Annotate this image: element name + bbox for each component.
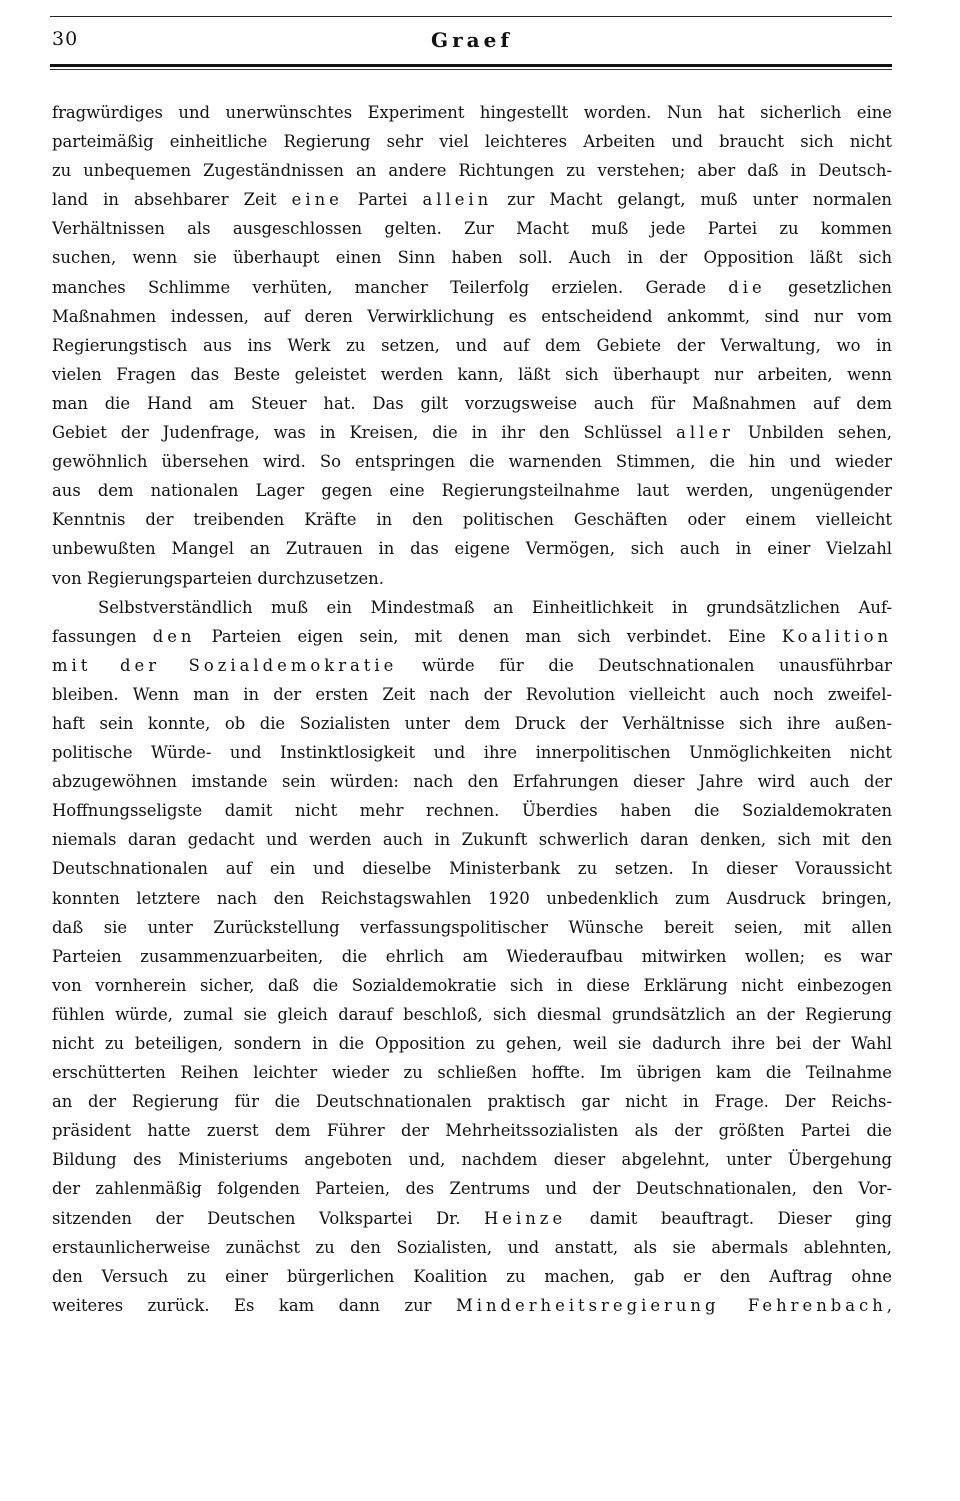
text-segment: präsident hatte zuerst dem Führer der Me… [52, 1121, 892, 1140]
emphasized-spaced-text: Minderheitsregierung Fehrenbach [456, 1296, 887, 1315]
emphasized-spaced-text: Koalition [782, 627, 892, 646]
text-segment: man die Hand am Steuer hat. Das gilt vor… [52, 394, 892, 413]
text-segment: gesetzlichen [766, 278, 892, 297]
text-segment: weiteres zurück. Es kam dann zur [52, 1296, 456, 1315]
text-segment: abzugewöhnen imstande sein würden: nach … [52, 772, 892, 791]
text-segment: Deutschnationalen auf ein und dieselbe M… [52, 859, 892, 878]
text-segment: damit beauftragt. Dieser ging [566, 1209, 892, 1228]
text-line: den Versuch zu einer bürgerlichen Koalit… [52, 1262, 892, 1291]
text-segment: erschütterten Reihen leichter wieder zu … [52, 1063, 892, 1082]
text-line: nicht zu beteiligen, sondern in die Oppo… [52, 1029, 892, 1058]
text-segment: Bildung des Ministeriums angeboten und, … [52, 1150, 892, 1169]
text-segment: fassungen [52, 627, 153, 646]
text-line: politische Würde- und Instinktlosigkeit … [52, 738, 892, 767]
body-text: fragwürdiges und unerwünschtes Experimen… [52, 98, 892, 1320]
text-segment: Hoffnungsseligste damit nicht mehr rechn… [52, 801, 892, 820]
running-header: 30 Graef [52, 28, 892, 58]
text-line: Bildung des Ministeriums angeboten und, … [52, 1145, 892, 1174]
text-segment: vielen Fragen das Beste geleistet werden… [52, 365, 892, 384]
text-segment: von vornherein sicher, daß die Sozialdem… [52, 976, 892, 995]
text-line: präsident hatte zuerst dem Führer der Me… [52, 1116, 892, 1145]
text-line: erstaunlicherweise zunächst zu den Sozia… [52, 1233, 892, 1262]
text-segment: konnten letztere nach den Reichstagswahl… [52, 889, 892, 908]
text-line: weiteres zurück. Es kam dann zur Minderh… [52, 1291, 892, 1320]
text-segment: Parteien zusammenzuarbeiten, die ehrlich… [52, 947, 892, 966]
text-segment: manches Schlimme verhüten, mancher Teile… [52, 278, 728, 297]
text-segment: an der Regierung für die Deutschnational… [52, 1092, 892, 1111]
text-segment: würde für die Deutschnationalen unausfüh… [397, 656, 892, 675]
text-line: suchen, wenn sie überhaupt einen Sinn ha… [52, 243, 892, 272]
text-segment: parteimäßig einheitliche Regierung sehr … [52, 132, 892, 151]
emphasized-spaced-text: allein [422, 190, 492, 209]
text-line: aus dem nationalen Lager gegen eine Regi… [52, 476, 892, 505]
text-line: von vornherein sicher, daß die Sozialdem… [52, 971, 892, 1000]
text-segment: Verhältnissen als ausgeschlossen gelten.… [52, 219, 892, 238]
text-segment: Regierungstisch aus ins Werk zu setzen, … [52, 336, 892, 355]
text-line: vielen Fragen das Beste geleistet werden… [52, 360, 892, 389]
text-line: sitzenden der Deutschen Volkspartei Dr. … [52, 1204, 892, 1233]
text-line: der zahlenmäßig folgenden Parteien, des … [52, 1174, 892, 1203]
text-segment: Parteien eigen sein, mit denen man sich … [195, 627, 781, 646]
text-line: Regierungstisch aus ins Werk zu setzen, … [52, 331, 892, 360]
text-segment: Selbstverständlich muß ein Mindestmaß an… [98, 598, 892, 617]
text-line: Gebiet der Judenfrage, was in Kreisen, d… [52, 418, 892, 447]
text-line: mit der Sozialdemokratie würde für die D… [52, 651, 892, 680]
text-line: an der Regierung für die Deutschnational… [52, 1087, 892, 1116]
text-line: Hoffnungsseligste damit nicht mehr rechn… [52, 796, 892, 825]
emphasized-spaced-text: Heinze [484, 1209, 566, 1228]
text-segment: Unbilden sehen, [734, 423, 892, 442]
text-line: niemals daran gedacht und werden auch in… [52, 825, 892, 854]
text-segment: , [887, 1296, 892, 1315]
text-segment: fragwürdiges und unerwünschtes Experimen… [52, 103, 892, 122]
text-segment: gewöhnlich übersehen wird. So entspringe… [52, 452, 892, 471]
text-line: konnten letztere nach den Reichstagswahl… [52, 884, 892, 913]
text-line: erschütterten Reihen leichter wieder zu … [52, 1058, 892, 1087]
text-segment: nicht zu beteiligen, sondern in die Oppo… [52, 1034, 892, 1053]
text-line: daß sie unter Zurückstellung verfassungs… [52, 913, 892, 942]
text-segment: Gebiet der Judenfrage, was in Kreisen, d… [52, 423, 676, 442]
text-segment: zur Macht gelangt, muß unter normalen [492, 190, 892, 209]
text-line: von Regierungsparteien durchzusetzen. [52, 564, 892, 593]
emphasized-spaced-text: eine [292, 190, 343, 209]
text-segment: haft sein konnte, ob die Sozialisten unt… [52, 714, 892, 733]
text-segment: sitzenden der Deutschen Volkspartei Dr. [52, 1209, 484, 1228]
text-segment: politische Würde- und Instinktlosigkeit … [52, 743, 892, 762]
text-line: manches Schlimme verhüten, mancher Teile… [52, 273, 892, 302]
text-segment: bleiben. Wenn man in der ersten Zeit nac… [52, 685, 892, 704]
text-segment: unbewußten Mangel an Zutrauen in das eig… [52, 539, 892, 558]
text-line: Verhältnissen als ausgeschlossen gelten.… [52, 214, 892, 243]
running-title: Graef [52, 28, 892, 52]
text-line: gewöhnlich übersehen wird. So entspringe… [52, 447, 892, 476]
text-line: parteimäßig einheitliche Regierung sehr … [52, 127, 892, 156]
text-segment: den Versuch zu einer bürgerlichen Koalit… [52, 1267, 892, 1286]
text-segment: daß sie unter Zurückstellung verfassungs… [52, 918, 892, 937]
text-segment: erstaunlicherweise zunächst zu den Sozia… [52, 1238, 892, 1257]
text-line: Kenntnis der treibenden Kräfte in den po… [52, 505, 892, 534]
book-page: 30 Graef fragwürdiges und unerwünschtes … [0, 0, 960, 1501]
emphasized-spaced-text: aller [676, 423, 734, 442]
text-segment: fühlen würde, zumal sie gleich darauf be… [52, 1005, 892, 1024]
text-segment: suchen, wenn sie überhaupt einen Sinn ha… [52, 248, 892, 267]
text-segment: land in absehbarer Zeit [52, 190, 292, 209]
text-segment: aus dem nationalen Lager gegen eine Regi… [52, 481, 892, 500]
text-line: haft sein konnte, ob die Sozialisten unt… [52, 709, 892, 738]
text-segment: Kenntnis der treibenden Kräfte in den po… [52, 510, 892, 529]
header-top-rule [50, 16, 892, 17]
text-segment: Maßnahmen indessen, auf deren Verwirklic… [52, 307, 892, 326]
text-line: Selbstverständlich muß ein Mindestmaß an… [52, 593, 892, 622]
text-line: bleiben. Wenn man in der ersten Zeit nac… [52, 680, 892, 709]
text-segment: von Regierungsparteien durchzusetzen. [52, 569, 384, 588]
text-segment: Partei [343, 190, 423, 209]
text-line: Maßnahmen indessen, auf deren Verwirklic… [52, 302, 892, 331]
text-line: zu unbequemen Zugeständnissen an andere … [52, 156, 892, 185]
text-segment: der zahlenmäßig folgenden Parteien, des … [52, 1179, 892, 1198]
text-line: man die Hand am Steuer hat. Das gilt vor… [52, 389, 892, 418]
header-bottom-rule-thick [50, 64, 892, 67]
text-line: abzugewöhnen imstande sein würden: nach … [52, 767, 892, 796]
text-line: land in absehbarer Zeit eine Partei alle… [52, 185, 892, 214]
emphasized-spaced-text: mit der Sozialdemokratie [52, 656, 397, 675]
emphasized-spaced-text: die [728, 278, 765, 297]
emphasized-spaced-text: den [153, 627, 196, 646]
text-line: fühlen würde, zumal sie gleich darauf be… [52, 1000, 892, 1029]
text-line: fassungen den Parteien eigen sein, mit d… [52, 622, 892, 651]
text-segment: zu unbequemen Zugeständnissen an andere … [52, 161, 892, 180]
text-line: fragwürdiges und unerwünschtes Experimen… [52, 98, 892, 127]
text-line: Parteien zusammenzuarbeiten, die ehrlich… [52, 942, 892, 971]
header-bottom-rule-thin [50, 69, 892, 70]
text-line: unbewußten Mangel an Zutrauen in das eig… [52, 534, 892, 563]
text-line: Deutschnationalen auf ein und dieselbe M… [52, 854, 892, 883]
text-segment: niemals daran gedacht und werden auch in… [52, 830, 892, 849]
